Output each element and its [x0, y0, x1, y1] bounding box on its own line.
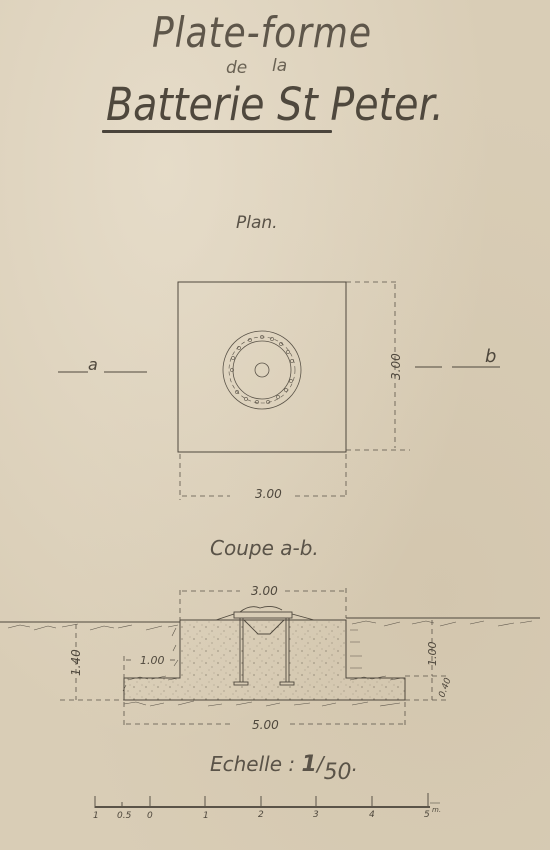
scale-tick-5m: 5	[424, 810, 430, 820]
concrete-foundation	[124, 620, 405, 700]
scale-tick-1m: 1	[203, 811, 209, 821]
section-base-width-dimension: 5.00	[252, 718, 279, 732]
plan-view: 3.00 3.00 a b	[58, 282, 500, 501]
section-marker-b: b	[485, 346, 496, 367]
section-depth-left-dimension: 1.40	[69, 649, 83, 676]
section-view: 3.00 1.40 1.00 1.00 0.40 5.00	[0, 584, 540, 732]
section-depth-right-dimension: 1.00	[426, 642, 439, 667]
scale-tick-4m: 4	[369, 810, 375, 820]
scale-tick-2m: 2	[258, 810, 264, 820]
turntable-ring-icon	[223, 331, 301, 409]
section-base-thickness-dimension: 0.40	[437, 677, 453, 700]
plan-width-dimension: 3.00	[255, 487, 282, 501]
scale-unit: m.	[432, 806, 441, 814]
scale-tick-3m: 3	[313, 810, 319, 820]
scale-tick-0: 0	[147, 811, 153, 821]
section-marker-a: a	[88, 355, 98, 374]
scale-tick-0-5: 0.5	[117, 811, 132, 821]
scale-tick-1: 1	[93, 811, 99, 821]
section-top-width-dimension: 3.00	[251, 584, 278, 598]
drawing-canvas: 3.00 3.00 a b	[0, 0, 550, 850]
scale-bar: 1 0.5 0 1 2 3 4 5 m.	[93, 793, 441, 821]
plan-height-dimension: 3.00	[389, 353, 403, 380]
plan-square	[178, 282, 346, 452]
section-step-width-dimension: 1.00	[140, 654, 165, 667]
